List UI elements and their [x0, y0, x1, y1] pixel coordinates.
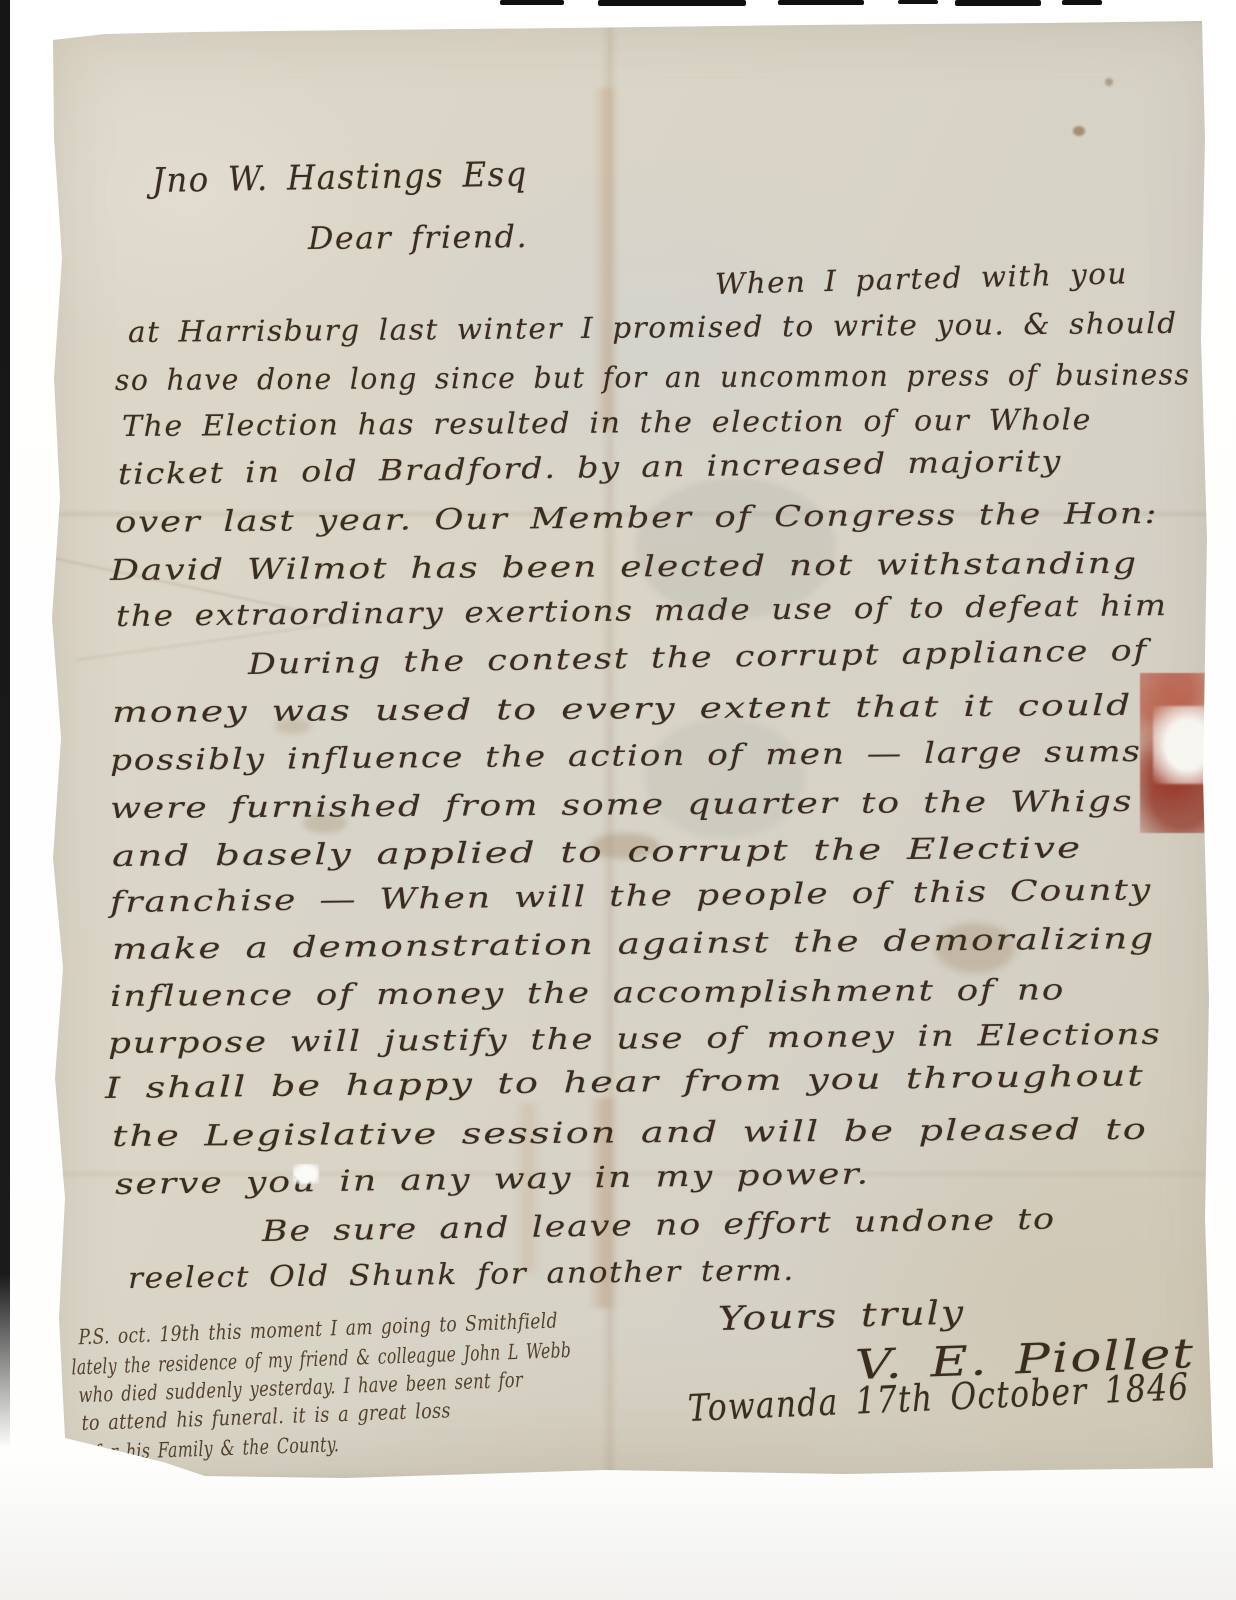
fox-spot	[1105, 78, 1113, 86]
debris-mark	[598, 0, 746, 6]
handwriting-line: During the contest the corrupt appliance…	[248, 634, 1149, 681]
handwriting-line: ticket in old Bradford. by an increased …	[118, 445, 1063, 492]
handwriting-line: and basely applied to corrupt the Electi…	[112, 832, 1082, 874]
handwriting-line: When I parted with you	[715, 257, 1129, 301]
recipient-line: Jno W. Hastings Esq	[152, 155, 528, 201]
scanned-letter-page: Jno W. Hastings Esq Dear friend. When I …	[0, 0, 1236, 1600]
postscript-block: P.S. oct. 19th this moment I am going to…	[70, 1306, 676, 1502]
handwriting-line: were furnished from some quarter to the …	[110, 785, 1134, 825]
handwriting-line: so have done long since but for an uncom…	[115, 358, 1191, 397]
handwriting-line: make a demonstration against the demoral…	[112, 922, 1156, 966]
scanner-edge-strip	[0, 0, 10, 1448]
handwriting-line: reelect Old Shunk for another term.	[128, 1254, 795, 1295]
handwriting-line: The Election has resulted in the electio…	[122, 403, 1092, 443]
handwriting-line: serve you in any way in my power.	[115, 1157, 870, 1201]
debris-mark	[1062, 0, 1102, 5]
debris-mark	[500, 0, 564, 5]
debris-mark	[955, 0, 1041, 6]
handwriting-line: money was used to every extent that it c…	[112, 689, 1132, 729]
fox-spot	[1073, 126, 1085, 136]
wax-seal-stain	[1140, 673, 1220, 833]
handwriting-line: at Harrisburg last winter I promised to …	[128, 307, 1178, 350]
handwriting-line: franchise — When will the people of this…	[110, 873, 1153, 919]
paper-damage-patch	[1153, 706, 1221, 784]
handwriting-line: influence of money the accomplishment of…	[110, 973, 1065, 1013]
postscript-line: for his Family & the County.	[94, 1433, 339, 1465]
handwriting-line: the extraordinary exertions made use of …	[116, 589, 1168, 633]
handwriting-line: purpose will justify the use of money in…	[108, 1018, 1162, 1061]
dateline: Towanda 17th October 1846	[687, 1366, 1190, 1430]
letter-paper: Jno W. Hastings Esq Dear friend. When I …	[45, 18, 1220, 1480]
salutation-line: Dear friend.	[308, 220, 528, 258]
handwriting-line: possibly influence the action of men — l…	[110, 735, 1142, 777]
closing-line: Yours truly	[718, 1294, 966, 1338]
handwriting-line: I shall be happy to hear from you throug…	[105, 1059, 1145, 1105]
handwriting-line: over last year. Our Member of Congress t…	[115, 497, 1159, 539]
debris-mark	[778, 0, 864, 5]
handwriting-line: the Legislative session and will be plea…	[112, 1113, 1148, 1154]
debris-mark	[898, 0, 938, 4]
handwriting-line: Be sure and leave no effort undone to	[262, 1203, 1056, 1249]
handwriting-line: David Wilmot has been elected not withst…	[110, 547, 1138, 588]
